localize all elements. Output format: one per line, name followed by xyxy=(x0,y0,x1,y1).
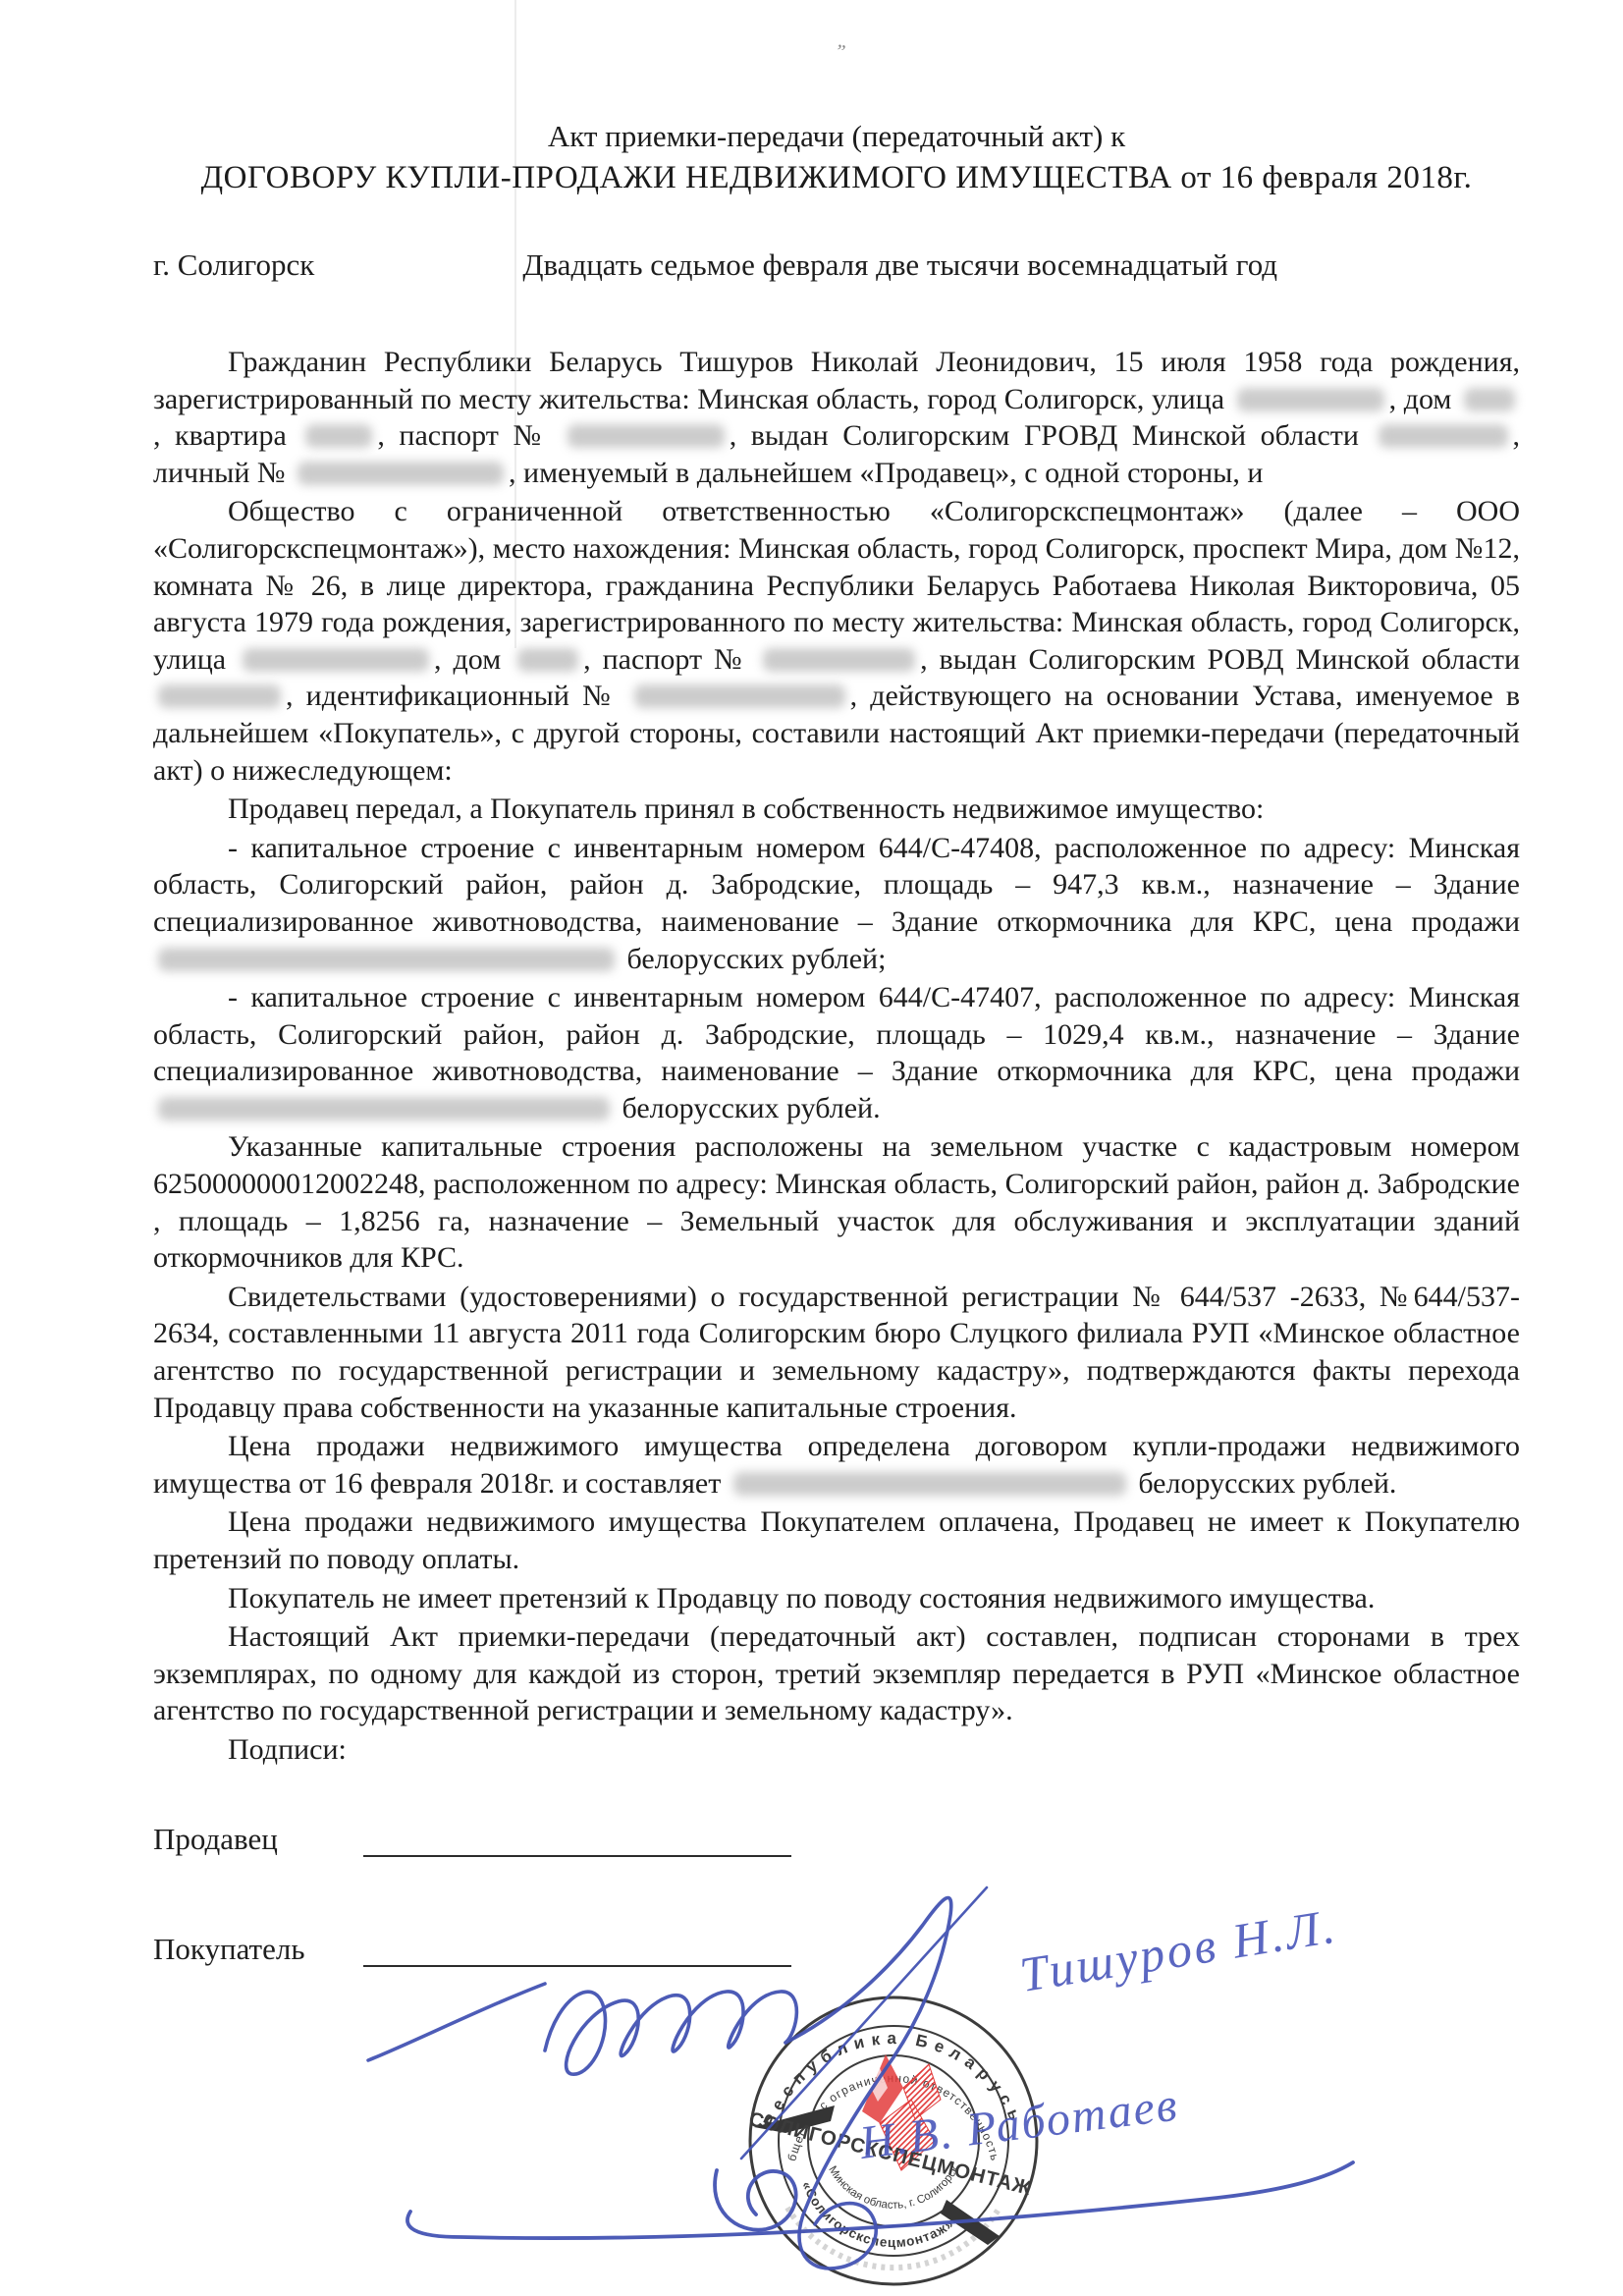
paragraph-price: Цена продажи недвижимого имущества опред… xyxy=(153,1428,1520,1502)
paragraph-land-plot: Указанные капитальные строения расположе… xyxy=(153,1128,1520,1276)
scanned-document-page: ” Акт приемки-передачи (передаточный акт… xyxy=(0,0,1623,2296)
redacted-text xyxy=(733,1472,1126,1496)
text-segment: , выдан Солигорским РОВД Минской области xyxy=(920,643,1520,676)
text-segment: белорусских рублей; xyxy=(627,943,887,975)
text-segment: , идентификационный № xyxy=(286,680,616,712)
redacted-text xyxy=(1464,388,1515,411)
seller-signature-ink xyxy=(368,1887,987,2269)
title-line-1: Акт приемки-передачи (передаточный акт) … xyxy=(153,116,1520,157)
redacted-text xyxy=(1237,388,1384,411)
redacted-text xyxy=(1379,424,1508,448)
document-title: Акт приемки-передачи (передаточный акт) … xyxy=(153,116,1520,198)
text-segment: - капитальное строение с инвентарным ном… xyxy=(153,981,1520,1087)
paragraph-copies: Настоящий Акт приемки-передачи (передато… xyxy=(153,1618,1520,1729)
redacted-text xyxy=(763,648,915,672)
document-body: Гражданин Республики Беларусь Тишуров Ни… xyxy=(153,344,1520,1967)
redacted-text xyxy=(305,424,372,448)
document-content: Акт приемки-передачи (передаточный акт) … xyxy=(153,116,1520,1967)
title-line-2: ДОГОВОРУ КУПЛИ-ПРОДАЖИ НЕДВИЖИМОГО ИМУЩЕ… xyxy=(153,157,1520,198)
paragraph-buyer: Общество с ограниченной ответственностью… xyxy=(153,493,1520,789)
signatures-heading: Подписи: xyxy=(153,1731,1520,1769)
redacted-text xyxy=(634,684,845,708)
signature-ink-layer: Тишуров Н.Л. Н.В. Работаев xyxy=(295,1846,1551,2296)
seller-handwritten-name: Тишуров Н.Л. xyxy=(1016,1898,1341,2002)
text-segment: , именуемый в дальнейшем «Продавец», с о… xyxy=(509,457,1263,489)
buyer-handwritten-name: Н.В. Работаев xyxy=(856,2079,1181,2170)
text-segment: белорусских рублей. xyxy=(1138,1467,1396,1500)
paragraph-building-1: - капитальное строение с инвентарным ном… xyxy=(153,830,1520,977)
redacted-text xyxy=(517,648,578,672)
text-segment: белорусских рублей. xyxy=(622,1092,881,1124)
paragraph-certificates: Свидетельствами (удостоверениями) о госу… xyxy=(153,1279,1520,1426)
redacted-text xyxy=(158,1097,610,1121)
text-segment: , выдан Солигорским ГРОВД Минской област… xyxy=(730,419,1359,452)
place-date-line: г. Солигорск Двадцать седьмое февраля дв… xyxy=(153,247,1520,283)
buyer-signature-ink xyxy=(407,2162,1353,2238)
paragraph-payment: Цена продажи недвижимого имущества Покуп… xyxy=(153,1503,1520,1577)
paragraph-building-2: - капитальное строение с инвентарным ном… xyxy=(153,979,1520,1126)
text-segment: - капитальное строение с инвентарным ном… xyxy=(153,832,1520,938)
text-segment: , дом xyxy=(1389,383,1452,415)
text-segment: , паспорт № xyxy=(583,643,746,676)
text-segment: , паспорт № xyxy=(377,419,548,452)
date-in-words: Двадцать седьмое февраля две тысячи восе… xyxy=(522,247,1277,283)
paragraph-no-claims: Покупатель не имеет претензий к Продавцу… xyxy=(153,1580,1520,1617)
city-label: г. Солигорск xyxy=(153,247,314,283)
redacted-text xyxy=(568,424,725,448)
redacted-text xyxy=(158,948,615,971)
paragraph-seller: Гражданин Республики Беларусь Тишуров Ни… xyxy=(153,344,1520,491)
redacted-text xyxy=(298,462,504,485)
redacted-text xyxy=(243,648,429,672)
redacted-text xyxy=(158,684,281,708)
scan-artifact-mark: ” xyxy=(835,40,846,64)
text-segment: , квартира xyxy=(153,419,287,452)
paragraph-transfer: Продавец передал, а Покупатель принял в … xyxy=(153,791,1520,828)
text-segment: , дом xyxy=(434,643,501,676)
